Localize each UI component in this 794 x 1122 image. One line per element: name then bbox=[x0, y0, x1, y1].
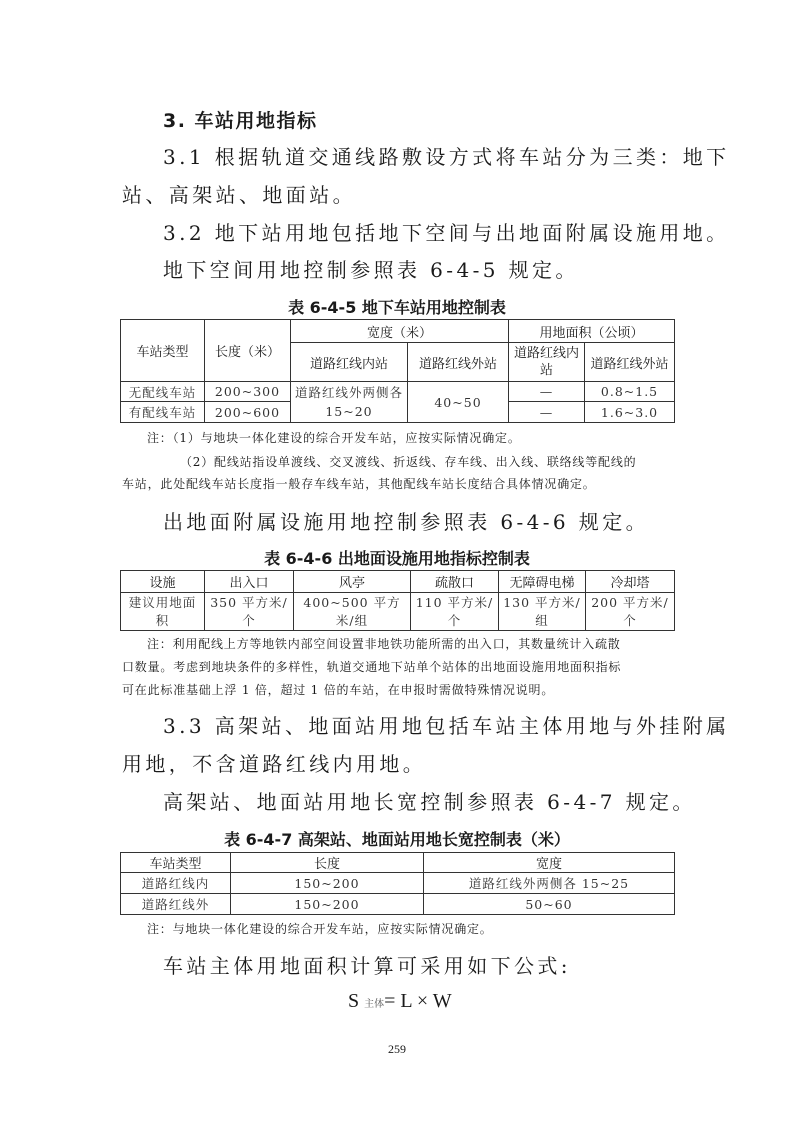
paragraph-3-2-line2: 地下空间用地控制参照表 6-4-5 规定。 bbox=[163, 256, 579, 284]
cell-accessible-elevator: 130 平方米/组 bbox=[499, 593, 586, 631]
formula-s: S bbox=[348, 990, 359, 1012]
header-length: 长度 bbox=[231, 853, 424, 873]
cell-evacuation-exit: 110 平方米/个 bbox=[411, 593, 499, 631]
section-heading: 3. 车站用地指标 bbox=[163, 106, 318, 133]
cell-ventilation-kiosk: 400~500 平方米/组 bbox=[294, 593, 411, 631]
table-6-4-7-caption: 表 6-4-7 高架站、地面站用地长宽控制表（米） bbox=[0, 827, 794, 850]
formula-subscript: 主体 bbox=[364, 999, 384, 1010]
header-entrance: 出入口 bbox=[205, 571, 294, 593]
header-cooling-tower: 冷却塔 bbox=[586, 571, 675, 593]
cell-area-inside: — bbox=[509, 382, 585, 402]
cell-width: 道路红线外两侧各 15~25 bbox=[424, 873, 675, 894]
header-facility: 设施 bbox=[121, 571, 205, 593]
cell-cooling-tower: 200 平方米/个 bbox=[586, 593, 675, 631]
paragraph-3-2-line1: 3.2 地下站用地包括地下空间与出地面附属设施用地。 bbox=[163, 219, 730, 247]
cell-entrance: 350 平方米/个 bbox=[205, 593, 294, 631]
cell-length: 200~600 bbox=[205, 402, 291, 423]
cell-type: 有配线车站 bbox=[121, 402, 205, 423]
cell-type: 无配线车站 bbox=[121, 382, 205, 402]
table-6-4-6-note-line1: 注：利用配线上方等地铁内部空间设置非地铁功能所需的出入口，其数量统计入疏散 bbox=[147, 633, 621, 655]
table-6-4-5-note-2-line1: （2）配线站指设单渡线、交叉渡线、折返线、存车线、出入线、联络线等配线的 bbox=[180, 451, 636, 473]
cell-width-outside-merged: 40~50 bbox=[408, 382, 509, 423]
table-6-4-5-caption: 表 6-4-5 地下车站用地控制表 bbox=[0, 295, 794, 318]
cell-type: 道路红线外 bbox=[121, 894, 231, 915]
table-6-4-5-note-1: 注：（1）与地块一体化建设的综合开发车站，应按实际情况确定。 bbox=[147, 427, 521, 449]
paragraph-3-1-line2: 站、高架站、地面站。 bbox=[122, 181, 356, 209]
header-station-type: 车站类型 bbox=[121, 320, 205, 382]
table-header-row: 车站类型 长度 宽度 bbox=[121, 853, 675, 873]
table-row: 建议用地面积 350 平方米/个 400~500 平方米/组 110 平方米/个… bbox=[121, 593, 675, 631]
table-6-4-5: 车站类型 长度（米） 宽度（米） 用地面积（公顷） 道路红线内站 道路红线外站 … bbox=[120, 319, 675, 423]
header-area: 用地面积（公顷） bbox=[509, 320, 675, 343]
header-width: 宽度（米） bbox=[291, 320, 509, 343]
formula: S 主体= L × W bbox=[348, 990, 452, 1013]
header-evacuation-exit: 疏散口 bbox=[411, 571, 499, 593]
header-area-outside-redline: 道路红线外站 bbox=[585, 343, 675, 382]
cell-type: 道路红线内 bbox=[121, 873, 231, 894]
table-6-4-5-note-2-line2: 车站，此处配线车站长度指一般存车线车站，其他配线车站长度结合具体情况确定。 bbox=[122, 473, 596, 495]
table-6-4-7-note: 注：与地块一体化建设的综合开发车站，应按实际情况确定。 bbox=[147, 918, 493, 940]
header-width-inside-redline: 道路红线内站 bbox=[291, 343, 408, 382]
table-header-row: 设施 出入口 风亭 疏散口 无障碍电梯 冷却塔 bbox=[121, 571, 675, 593]
cell-area-outside: 1.6~3.0 bbox=[585, 402, 675, 423]
formula-rest: = L × W bbox=[384, 990, 452, 1012]
cell-area-outside: 0.8~1.5 bbox=[585, 382, 675, 402]
cell-length: 150~200 bbox=[231, 894, 424, 915]
paragraph-table-6-4-7-ref: 高架站、地面站用地长宽控制参照表 6-4-7 规定。 bbox=[163, 788, 696, 816]
table-row: 无配线车站 200~300 道路红线外两侧各15~20 40~50 — 0.8~… bbox=[121, 382, 675, 402]
paragraph-table-6-4-6-ref: 出地面附属设施用地控制参照表 6-4-6 规定。 bbox=[163, 508, 649, 536]
table-6-4-6-caption: 表 6-4-6 出地面设施用地指标控制表 bbox=[0, 546, 794, 569]
header-width: 宽度 bbox=[424, 853, 675, 873]
paragraph-3-1-line1: 3.1 根据轨道交通线路敷设方式将车站分为三类：地下 bbox=[163, 143, 730, 171]
table-6-4-6-note-line3: 可在此标准基础上浮 1 倍，超过 1 倍的车站，在申报时需做特殊情况说明。 bbox=[122, 679, 554, 701]
header-width-outside-redline: 道路红线外站 bbox=[408, 343, 509, 382]
header-area-inside-redline: 道路红线内站 bbox=[509, 343, 585, 382]
cell-label: 建议用地面积 bbox=[121, 593, 205, 631]
header-station-type: 车站类型 bbox=[121, 853, 231, 873]
cell-length: 150~200 bbox=[231, 873, 424, 894]
cell-width-inside-merged: 道路红线外两侧各15~20 bbox=[291, 382, 408, 423]
cell-area-inside: — bbox=[509, 402, 585, 423]
cell-width: 50~60 bbox=[424, 894, 675, 915]
table-6-4-6-note-line2: 口数量。考虑到地块条件的多样性，轨道交通地下站单个站体的出地面设施用地面积指标 bbox=[122, 656, 621, 678]
table-6-4-7: 车站类型 长度 宽度 道路红线内 150~200 道路红线外两侧各 15~25 … bbox=[120, 852, 675, 915]
header-ventilation-kiosk: 风亭 bbox=[294, 571, 411, 593]
cell-length: 200~300 bbox=[205, 382, 291, 402]
table-6-4-6: 设施 出入口 风亭 疏散口 无障碍电梯 冷却塔 建议用地面积 350 平方米/个… bbox=[120, 570, 675, 631]
table-row: 道路红线外 150~200 50~60 bbox=[121, 894, 675, 915]
header-accessible-elevator: 无障碍电梯 bbox=[499, 571, 586, 593]
table-row: 道路红线内 150~200 道路红线外两侧各 15~25 bbox=[121, 873, 675, 894]
page-number: 259 bbox=[0, 1042, 794, 1057]
paragraph-3-3-line1: 3.3 高架站、地面站用地包括车站主体用地与外挂附属 bbox=[163, 712, 730, 740]
paragraph-3-3-line2: 用地，不含道路红线内用地。 bbox=[122, 750, 426, 778]
paragraph-formula-intro: 车站主体用地面积计算可采用如下公式: bbox=[163, 952, 571, 980]
header-length: 长度（米） bbox=[205, 320, 291, 382]
